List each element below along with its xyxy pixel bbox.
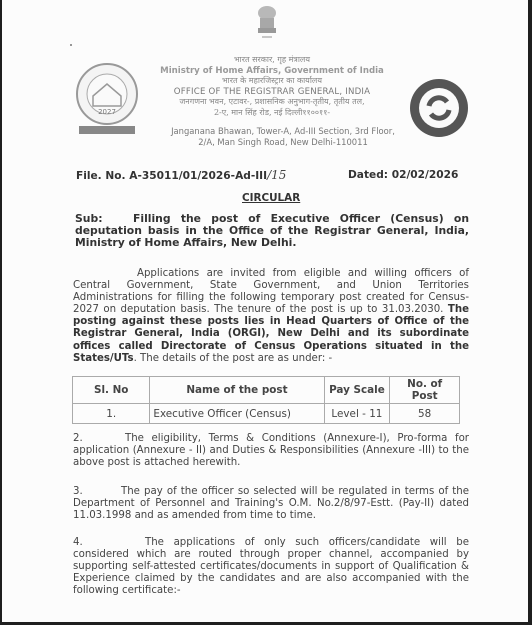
letterhead-address: Janganana Bhawan, Tower-A, Ad-III Sectio… [128,126,438,148]
address-line-2: 2/A, Man Singh Road, New Delhi-110011 [128,137,438,148]
header-post-name: Name of the post [150,377,324,404]
file-number-handwritten: /15 [267,168,286,182]
cell-no-of-post: 58 [390,404,460,424]
letterhead: भारत सरकार, गृह मंत्रालय Ministry of Hom… [142,55,402,118]
cell-sl-no: 1. [73,404,150,424]
paragraph-2-text: The eligibility, Terms & Conditions (Ann… [73,433,469,468]
national-emblem-icon [254,4,280,40]
paragraph-4: 4.The applications of only such officers… [73,537,469,597]
hindi-address-line-1: जनगणना भवन, एटावर-, प्रशासनिक अनुभाग-तृत… [142,97,402,108]
svg-text:2027: 2027 [98,108,116,116]
cell-pay-scale: Level - 11 [324,404,390,424]
office-line: OFFICE OF THE REGISTRAR GENERAL, INDIA [142,87,402,98]
document-title: CIRCULAR [242,192,300,204]
header-no-of-post: No. of Post [390,377,460,404]
cell-post-name: Executive Officer (Census) [150,404,324,424]
paragraph-1-text: Applications are invited from eligible a… [73,268,469,315]
header-sl-no: Sl. No [73,377,150,404]
paragraph-2: 2.The eligibility, Terms & Conditions (A… [73,433,469,469]
ministry-line: Ministry of Home Affairs, Government of … [142,66,402,77]
posts-table: Sl. No Name of the post Pay Scale No. of… [72,376,460,424]
hindi-govt-line: भारत सरकार, गृह मंत्रालय [142,55,402,66]
date: Dated: 02/02/2026 [348,169,458,181]
scan-mark [70,44,72,46]
subject-text: Filling the post of Executive Officer (C… [75,212,469,249]
paragraph-3-number: 3. [73,486,121,498]
table-row: 1. Executive Officer (Census) Level - 11… [73,404,460,424]
header-pay-scale: Pay Scale [324,377,390,404]
file-number-text: File. No. A-35011/01/2026-Ad-III [76,170,267,182]
file-number: File. No. A-35011/01/2026-Ad-III/15 [76,168,286,182]
document-page: 2027 भारत सरकार, गृह मंत्रालय Ministry o… [2,0,528,622]
table-header-row: Sl. No Name of the post Pay Scale No. of… [73,377,460,404]
address-line-1: Janganana Bhawan, Tower-A, Ad-III Sectio… [128,126,438,137]
paragraph-3-text: The pay of the officer so selected will … [73,486,469,521]
paragraph-1: Applications are invited from eligible a… [73,268,469,365]
subject: Sub:Filling the post of Executive Office… [75,213,469,250]
paragraph-2-number: 2. [73,433,125,445]
paragraph-1-tail: . The details of the post are as under: … [134,353,333,364]
hindi-address-line-2: 2-ए, मान सिंह रोड, नई दिल्ली११००११- [142,108,402,119]
hindi-office-line: भारत के महारजिस्ट्रार का कार्यालय [142,76,402,87]
census-logo-icon: 2027 [75,62,139,136]
paragraph-3: 3.The pay of the officer so selected wil… [73,486,469,522]
paragraph-4-number: 4. [73,537,145,549]
